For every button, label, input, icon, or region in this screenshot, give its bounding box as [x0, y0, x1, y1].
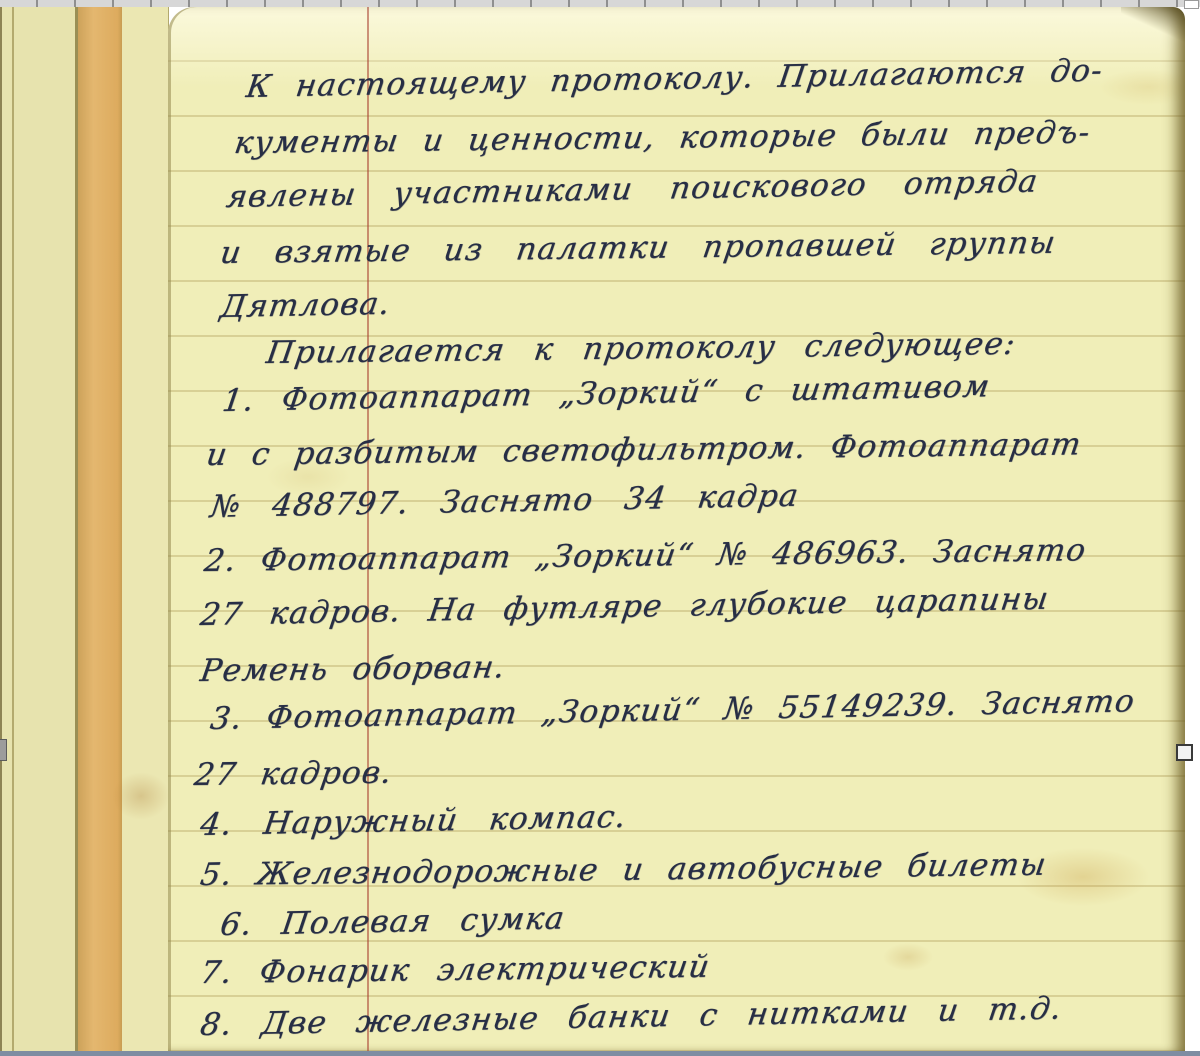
- resize-handle-left-icon[interactable]: [0, 739, 7, 761]
- underlying-page-edge: [0, 7, 78, 1052]
- handwritten-line-item-1: и с разбитым светофильтром. Фотоаппарат: [204, 426, 1084, 473]
- underlying-page-edge-tan: [78, 7, 123, 1052]
- ruler: [0, 0, 1200, 7]
- handwritten-line: кументы и ценности, которые были предъ-: [232, 115, 1093, 161]
- margin-line: [367, 7, 369, 1052]
- handwritten-line-item-2: 27 кадров. На футляре глубокие царапины: [198, 581, 1051, 633]
- handwritten-line: К настоящему протоколу. Прилагаются до-: [244, 53, 1105, 105]
- handwritten-line: и взятые из палатки пропавшей группы: [218, 225, 1058, 271]
- handwritten-line-item-1: 1. Фотоаппарат „Зоркий“ с штативом: [220, 368, 993, 419]
- handwritten-line-item-2: 2. Фотоаппарат „Зоркий“ № 486963. Заснят…: [202, 532, 1089, 579]
- bottom-edge-bar: [0, 1051, 1200, 1056]
- handwritten-line-item-3: 27 кадров.: [192, 755, 395, 793]
- handwritten-line: Дятлова.: [218, 286, 393, 325]
- page-corner-shadow: [1121, 7, 1185, 43]
- handwritten-line-item-5: 5. Железнодорожные и автобусные билеты: [198, 847, 1049, 893]
- handwritten-line: явлены участниками поискового отряда: [224, 163, 1041, 215]
- ruler-end-box: [1184, 0, 1199, 9]
- handwritten-line-item-4: 4. Наружный компас.: [198, 799, 629, 843]
- handwritten-line-item-7: 7. Фонарик электрический: [198, 949, 713, 991]
- handwritten-line-item-8: 8. Две железные банки с нитками и т.д.: [198, 991, 1065, 1043]
- scanned-page: К настоящему протоколу. Прилагаются до- …: [168, 7, 1185, 1052]
- document-scan-view: К настоящему протоколу. Прилагаются до- …: [0, 0, 1200, 1056]
- handwritten-line-item-3: 3. Фотоаппарат „Зоркий“ № 55149239. Засн…: [208, 683, 1137, 737]
- underlying-page-edge: [122, 7, 169, 1052]
- resize-handle-right-icon[interactable]: [1176, 744, 1193, 761]
- handwritten-line-item-1: № 488797. Заснято 34 кадра: [208, 478, 801, 525]
- ink-bleed-smudge: [112, 772, 170, 820]
- handwritten-line-item-6: 6. Полевая сумка: [218, 900, 567, 943]
- handwritten-line: Прилагается к протоколу следующее:: [264, 326, 1018, 371]
- handwritten-line-item-2: Ремень оборван.: [198, 649, 508, 689]
